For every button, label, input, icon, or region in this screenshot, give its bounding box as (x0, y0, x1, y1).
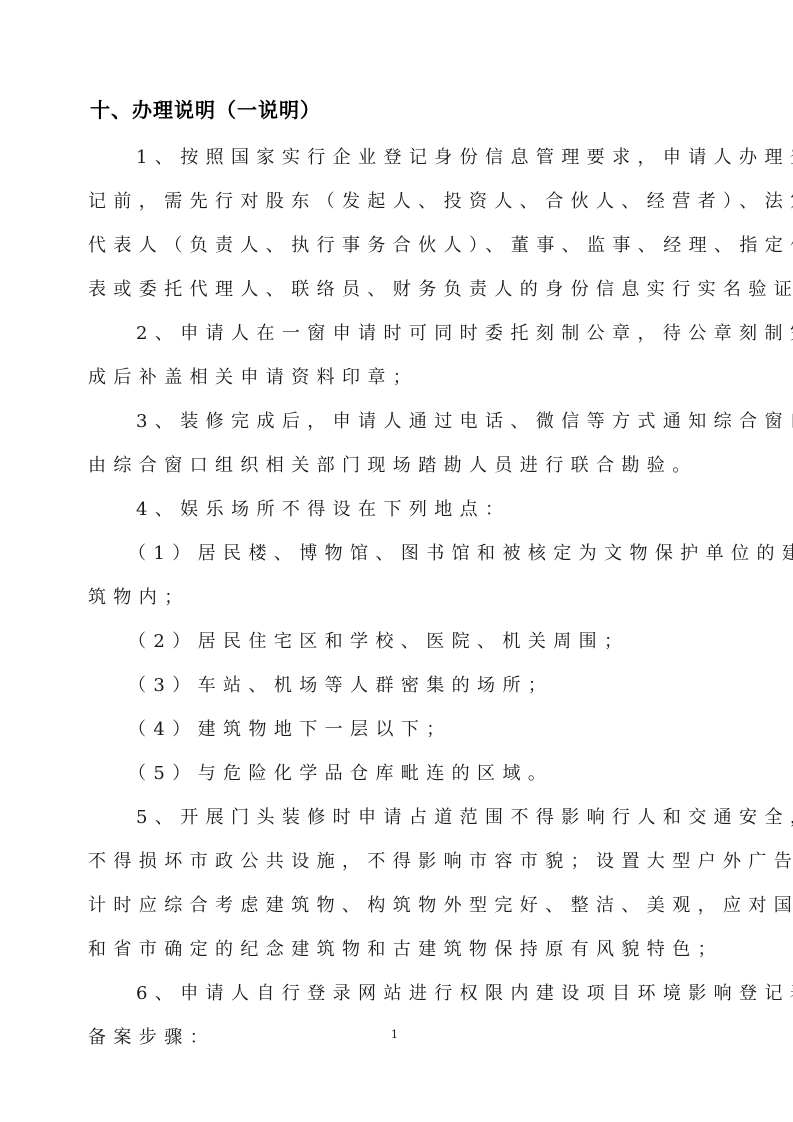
paragraph-line: 4、娱乐场所不得设在下列地点： (88, 488, 714, 532)
paragraph-line: 表或委托代理人、联络员、财务负责人的身份信息实行实名验证； (88, 268, 714, 312)
section-heading: 十、办理说明（一说明） (90, 94, 321, 123)
paragraph-line: 3、装修完成后，申请人通过电话、微信等方式通知综合窗口， (88, 400, 714, 444)
paragraph-line: 记前，需先行对股东（发起人、投资人、合伙人、经营者）、法定 (88, 180, 714, 224)
list-item-line: （4）建筑物地下一层以下； (88, 708, 714, 752)
document-body: 1、按照国家实行企业登记身份信息管理要求，申请人办理登 记前，需先行对股东（发起… (88, 136, 714, 1060)
paragraph-line: 1、按照国家实行企业登记身份信息管理要求，申请人办理登 (88, 136, 714, 180)
paragraph-line: 备案步骤： (88, 1016, 714, 1060)
list-item-line: （2）居民住宅区和学校、医院、机关周围； (88, 620, 714, 664)
list-item-line: （3）车站、机场等人群密集的场所； (88, 664, 714, 708)
paragraph-line: 成后补盖相关申请资料印章； (88, 356, 714, 400)
page-number: 1 (391, 1028, 398, 1041)
paragraph-line: 由综合窗口组织相关部门现场踏勘人员进行联合勘验。 (88, 444, 714, 488)
paragraph-line: 5、开展门头装修时申请占道范围不得影响行人和交通安全， (88, 796, 714, 840)
paragraph-line: 2、申请人在一窗申请时可同时委托刻制公章，待公章刻制完 (88, 312, 714, 356)
paragraph-line: 不得损坏市政公共设施，不得影响市容市貌；设置大型户外广告设 (88, 840, 714, 884)
paragraph-line: 代表人（负责人、执行事务合伙人）、董事、监事、经理、指定代 (88, 224, 714, 268)
paragraph-line: 计时应综合考虑建筑物、构筑物外型完好、整洁、美观，应对国家 (88, 884, 714, 928)
list-item-line: 筑物内； (88, 576, 714, 620)
paragraph-line: 和省市确定的纪念建筑物和古建筑物保持原有风貌特色； (88, 928, 714, 972)
list-item-line: （5）与危险化学品仓库毗连的区域。 (88, 752, 714, 796)
document-page: 十、办理说明（一说明） 1、按照国家实行企业登记身份信息管理要求，申请人办理登 … (0, 0, 793, 1122)
list-item-line: （1）居民楼、博物馆、图书馆和被核定为文物保护单位的建 (88, 532, 714, 576)
paragraph-line: 6、申请人自行登录网站进行权限内建设项目环境影响登记表 (88, 972, 714, 1016)
